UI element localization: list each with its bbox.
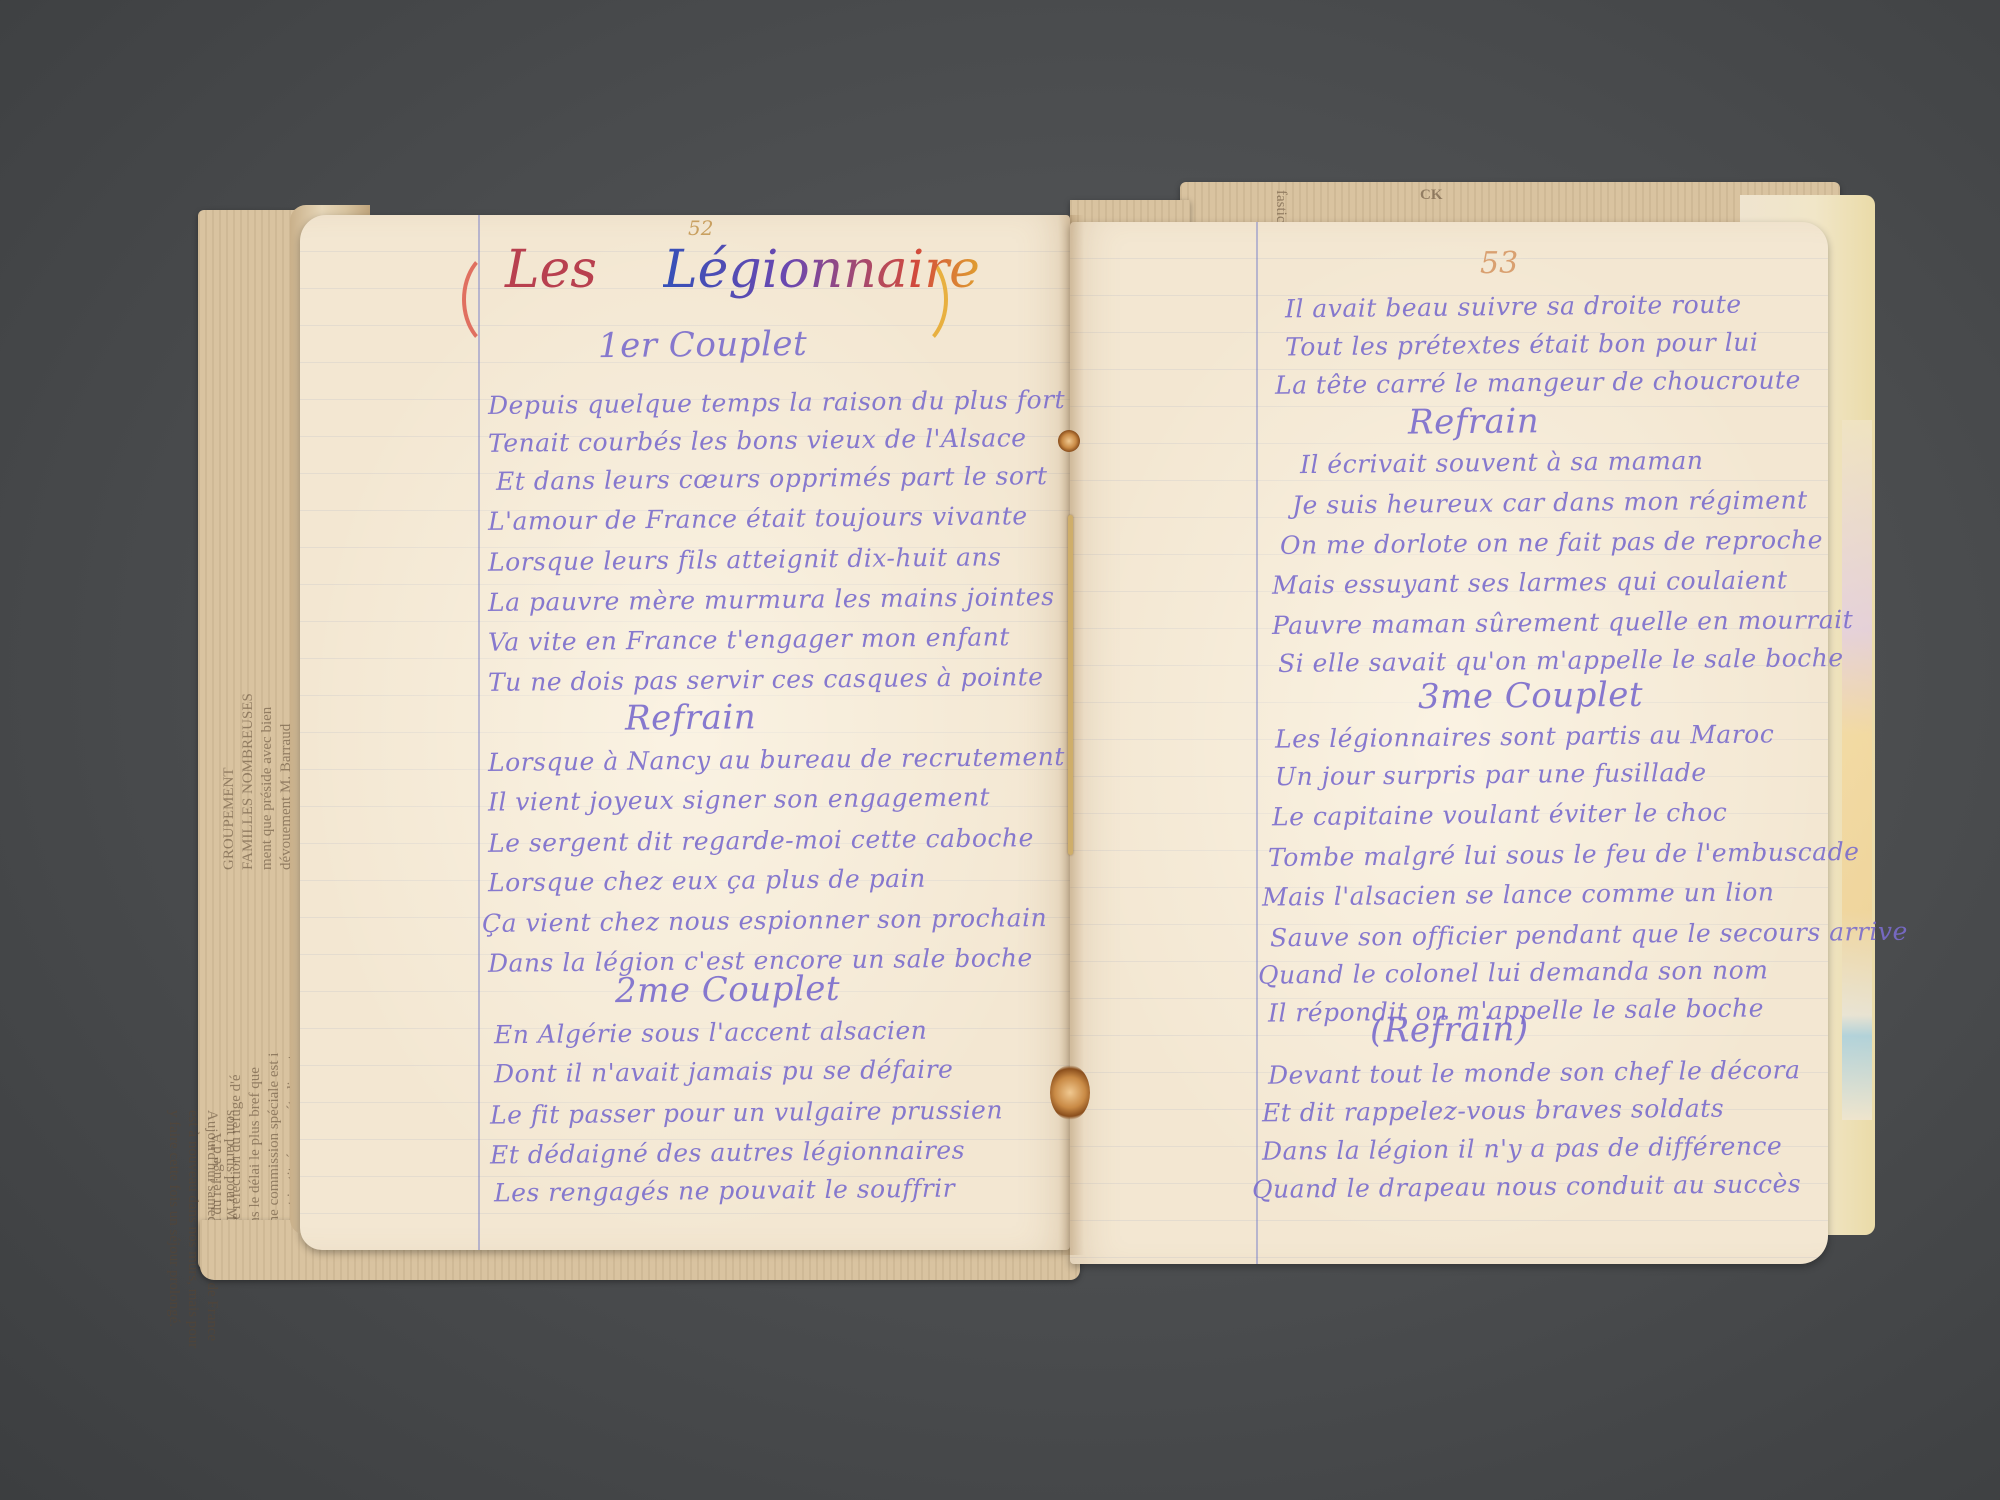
binding-thread [1068,515,1073,855]
song-title-word-1: Les [505,240,597,300]
margin-line-right [1256,222,1258,1264]
lyric-line: Le capitaine voulant éviter le choc [1272,798,1728,832]
section-heading: (Refrain) [1370,1009,1529,1051]
margin-line-left [478,215,480,1250]
lyric-line: Ça vient chez nous espionner son prochai… [482,903,1047,938]
lyric-line: Dans la légion il n'y a pas de différenc… [1262,1131,1783,1165]
newspaper-line: y faire cette fois un séjour prolongé. [164,1110,183,1348]
newspaper-word: CK [1420,187,1443,203]
lyric-line: On me dorlote on ne fait pas de reproche [1280,525,1823,560]
section-heading: Refrain [1408,401,1540,442]
lyric-line: Et dans leurs cœurs opprimés part le sor… [496,461,1048,496]
lyric-line: Le fit passer pour un vulgaire prussien [490,1095,1003,1129]
lyric-line: Lorsque chez eux ça plus de pain [488,864,926,898]
newspaper-line: FAMILLES NOMBREUSES [239,693,258,870]
newspaper-line: ment que préside avec bien [258,693,277,870]
lyric-line: Dont il n'avait jamais pu se défaire [494,1055,954,1089]
stain-spot [1050,1065,1090,1120]
lyric-line: L'amour de France était toujours vivante [488,501,1028,536]
lyric-line: Il écrivait souvent à sa maman [1300,446,1704,479]
page-number-left: 52 [688,216,713,240]
colored-drawing-edge [1842,420,1872,1120]
lyric-line: Si elle savait qu'on m'appelle le sale b… [1278,643,1844,678]
lyric-line: Depuis quelque temps la raison du plus f… [488,385,1065,420]
lyric-line: Tombe malgré lui sous le feu de l'embusc… [1268,837,1860,872]
lyric-line: Pauvre maman sûrement quelle en mourrait [1272,605,1854,640]
lyric-line: Il vient joyeux signer son engagement [488,782,990,816]
song-title: Les Légionnaire [505,240,980,300]
newspaper-word: fastic [1273,190,1289,222]
lyric-line: Quand le colonel lui demanda son nom [1258,955,1769,989]
song-title-word-2: Légionnaire [663,240,980,300]
section-heading: 3me Couplet [1418,675,1644,717]
lyric-line: La pauvre mère murmura les mains jointes [488,582,1055,617]
section-heading: Refrain [625,697,757,738]
lyric-line: Tu ne dois pas servir ces casques à poin… [488,662,1044,697]
lyric-line: Le sergent dit regarde-moi cette caboche [488,823,1034,858]
lyric-line: Quand le drapeau nous conduit au succès [1252,1169,1801,1204]
lyric-line: Tout les prétextes était bon pour lui [1285,328,1759,362]
lyric-line: Mais l'alsacien se lance comme un lion [1262,877,1775,911]
lyric-line: Et dédaigné des autres légionnaires [490,1136,965,1170]
newspaper-line: GROUPEMENT [220,693,239,870]
section-heading: 1er Couplet [598,324,808,366]
lyric-line: Il avait beau suivre sa droite route [1285,290,1742,324]
lyric-line: En Algérie sous l'accent alsacien [494,1016,928,1050]
lyric-line: Va vite en France t'engager mon enfant [488,622,1010,656]
section-heading: 2me Couplet [615,969,841,1011]
lyric-line: Les légionnaires sont partis au Maroc [1275,719,1775,753]
lyric-line: Lorsque leurs fils atteignit dix-huit an… [488,542,1002,576]
lyric-line: Je suis heureux car dans mon régiment [1292,485,1808,519]
lyric-line: Un jour surpris par une fusillade [1275,758,1707,792]
lyric-line: Et dit rappelez-vous braves soldats [1262,1094,1724,1128]
lyric-line: Tenait courbés les bons vieux de l'Alsac… [488,423,1027,458]
lyric-line: Lorsque à Nancy au bureau de recrutement [488,742,1065,777]
stain-spot [1058,430,1080,452]
lyric-line: Devant tout le monde son chef le décora [1268,1055,1801,1090]
lyric-line: Les rengagés ne pouvait le souffrir [494,1174,955,1208]
lyric-line: La tête carré le mangeur de choucroute [1275,365,1801,400]
lyric-line: Mais essuyant ses larmes qui coulaient [1272,565,1788,599]
page-number-right: 53 [1480,246,1518,281]
